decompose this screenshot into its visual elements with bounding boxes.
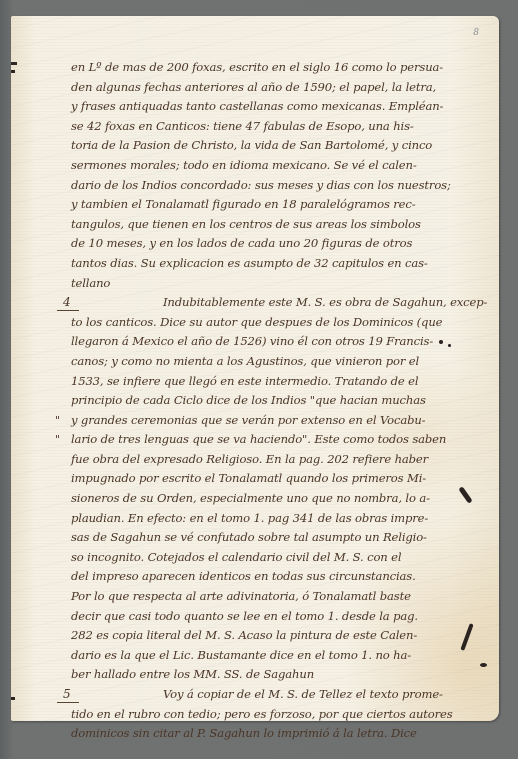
manuscript-page: 8 en Lº de mas de 200 foxas, escrito en … (11, 16, 499, 721)
line-text: sas de Sagahun se vé confutado sobre tal… (71, 530, 427, 544)
manuscript-line: 4Indubitablemente este M. S. es obra de … (71, 293, 491, 313)
margin-quote-mark: " (55, 411, 60, 431)
paragraph-number: 5 (63, 685, 71, 705)
edge-tear-mark (11, 70, 15, 73)
margin-quote-mark: " (55, 430, 60, 450)
manuscript-line: tantos dias. Su explicacion es asumpto d… (71, 254, 491, 274)
line-text: decir que casi todo quanto se lee en el … (71, 609, 418, 623)
handwritten-text: en Lº de mas de 200 foxas, escrito en el… (71, 58, 491, 744)
line-text: Por lo que respecta al arte adivinatoria… (71, 589, 411, 603)
edge-tear-mark (11, 697, 15, 700)
line-text: lario de tres lenguas que se va haciendo… (71, 432, 446, 446)
ink-dot (439, 340, 443, 344)
manuscript-line: decir que casi todo quanto se lee en el … (71, 607, 491, 627)
manuscript-line: 5Voy á copiar de el M. S. de Tellez el t… (71, 685, 491, 705)
manuscript-line: del impreso aparecen identicos en todas … (71, 567, 491, 587)
line-text: to los canticos. Dice su autor que despu… (71, 315, 442, 329)
manuscript-line: den algunas fechas anteriores al año de … (71, 78, 491, 98)
manuscript-line: 282 es copia literal del M. S. Acaso la … (71, 626, 491, 646)
line-text: de 10 meses, y en los lados de cada uno … (71, 236, 412, 250)
line-text: 1533, se infiere que llegó en este inter… (71, 374, 418, 388)
manuscript-line: impugnado por escrito el Tonalamatl quan… (71, 469, 491, 489)
manuscript-line: y tambien el Tonalamatl figurado en 18 p… (71, 195, 491, 215)
line-text: y grandes ceremonias que se verán por ex… (71, 413, 425, 427)
line-text: Indubitablemente este M. S. es obra de S… (163, 295, 487, 309)
line-text: 282 es copia literal del M. S. Acaso la … (71, 628, 417, 642)
line-text: llegaron á Mexico el año de 1526) vino é… (71, 334, 433, 348)
manuscript-line: se 42 foxas en Canticos: tiene 47 fabula… (71, 117, 491, 137)
manuscript-line: dominicos sin citar al P. Sagahun lo imp… (71, 724, 491, 744)
manuscript-line: toria de la Pasion de Christo, la vida d… (71, 136, 491, 156)
manuscript-line: sioneros de su Orden, especialmente uno … (71, 489, 491, 509)
manuscript-line: de 10 meses, y en los lados de cada uno … (71, 234, 491, 254)
manuscript-line: en Lº de mas de 200 foxas, escrito en el… (71, 58, 491, 78)
line-text: fue obra del expresado Religioso. En la … (71, 452, 428, 466)
manuscript-line: 1533, se infiere que llegó en este inter… (71, 372, 491, 392)
manuscript-line: "y grandes ceremonias que se verán por e… (71, 411, 491, 431)
line-text: plaudian. En efecto: en el tomo 1. pag 3… (71, 511, 428, 525)
line-text: tantos dias. Su explicacion es asumpto d… (71, 256, 428, 270)
manuscript-line: tangulos, que tienen en los centros de s… (71, 215, 491, 235)
ink-dot (448, 344, 451, 347)
manuscript-line: sas de Sagahun se vé confutado sobre tal… (71, 528, 491, 548)
manuscript-line: plaudian. En efecto: en el tomo 1. pag 3… (71, 509, 491, 529)
manuscript-line: sermones morales; todo en idioma mexican… (71, 156, 491, 176)
manuscript-line: to los canticos. Dice su autor que despu… (71, 313, 491, 333)
line-text: dario de los Indios concordado: sus mese… (71, 178, 451, 192)
line-text: sioneros de su Orden, especialmente uno … (71, 491, 430, 505)
manuscript-line: so incognito. Cotejados el calendario ci… (71, 548, 491, 568)
line-text: se 42 foxas en Canticos: tiene 47 fabula… (71, 119, 414, 133)
manuscript-line: y frases antiquadas tanto castellanas co… (71, 97, 491, 117)
line-text: principio de cada Ciclo dice de los Indi… (71, 393, 426, 407)
manuscript-line: Por lo que respecta al arte adivinatoria… (71, 587, 491, 607)
ink-dot (480, 663, 487, 667)
line-text: toria de la Pasion de Christo, la vida d… (71, 138, 432, 152)
line-text: del impreso aparecen identicos en todas … (71, 569, 416, 583)
line-text: tellano (71, 276, 110, 290)
manuscript-line: "lario de tres lenguas que se va haciend… (71, 430, 491, 450)
manuscript-line: dario de los Indios concordado: sus mese… (71, 176, 491, 196)
edge-tear-mark (11, 62, 17, 65)
line-text: dario es la que el Lic. Bustamante dice … (71, 648, 411, 662)
line-text: impugnado por escrito el Tonalamatl quan… (71, 471, 426, 485)
line-text: Voy á copiar de el M. S. de Tellez el te… (163, 687, 443, 701)
manuscript-line: principio de cada Ciclo dice de los Indi… (71, 391, 491, 411)
manuscript-line: llegaron á Mexico el año de 1526) vino é… (71, 332, 491, 352)
line-text: so incognito. Cotejados el calendario ci… (71, 550, 401, 564)
line-text: den algunas fechas anteriores al año de … (71, 80, 436, 94)
paragraph-number: 4 (63, 293, 71, 313)
line-text: canos; y como no mienta a los Agustinos,… (71, 354, 419, 368)
manuscript-line: dario es la que el Lic. Bustamante dice … (71, 646, 491, 666)
line-text: dominicos sin citar al P. Sagahun lo imp… (71, 726, 417, 740)
line-text: ber hallado entre los MM. SS. de Sagahun (71, 667, 314, 681)
line-text: tangulos, que tienen en los centros de s… (71, 217, 421, 231)
page-number-mark: 8 (473, 28, 479, 38)
line-text: tido en el rubro con tedio; pero es forz… (71, 707, 453, 721)
manuscript-line: fue obra del expresado Religioso. En la … (71, 450, 491, 470)
line-text: y tambien el Tonalamatl figurado en 18 p… (71, 197, 416, 211)
manuscript-line: ber hallado entre los MM. SS. de Sagahun (71, 665, 491, 685)
manuscript-line: tellano (71, 274, 491, 294)
manuscript-line: tido en el rubro con tedio; pero es forz… (71, 705, 491, 725)
line-text: en Lº de mas de 200 foxas, escrito en el… (71, 60, 443, 74)
manuscript-line: canos; y como no mienta a los Agustinos,… (71, 352, 491, 372)
line-text: sermones morales; todo en idioma mexican… (71, 158, 417, 172)
line-text: y frases antiquadas tanto castellanas co… (71, 99, 443, 113)
